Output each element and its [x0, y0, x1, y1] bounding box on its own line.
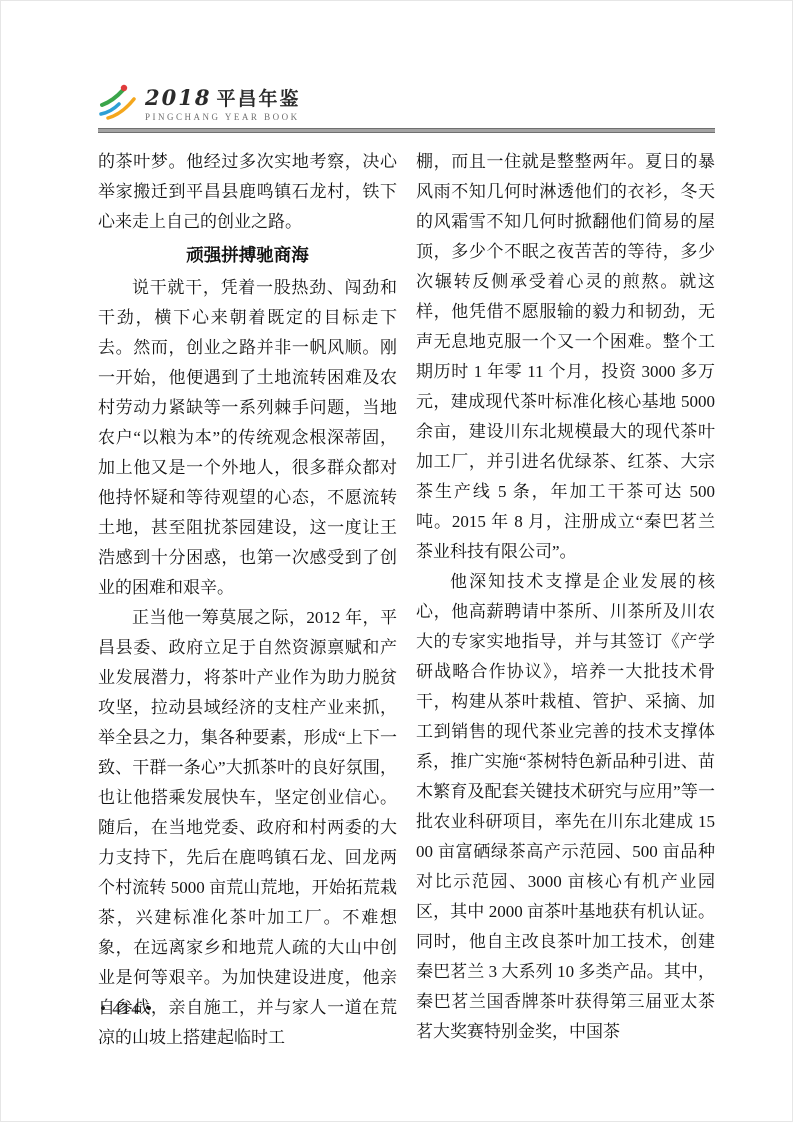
- article-body: 的茶叶梦。他经过多次实地考察，决心举家搬迁到平昌县鹿鸣镇石龙村，铁下心来走上自己…: [98, 147, 715, 1053]
- right-paragraph-continuation: 棚，而且一住就是整整两年。夏日的暴风雨不知几何时淋透他们的衣衫，冬天的风霜雪不知…: [416, 147, 715, 567]
- logo-subtitle: PINGCHANG YEAR BOOK: [145, 113, 300, 122]
- left-paragraph-2: 正当他一筹莫展之际，2012 年，平昌县委、政府立足于自然资源禀赋和产业发展潜力…: [98, 603, 397, 1053]
- logo-title-line: 2018 平昌年鉴: [145, 87, 300, 109]
- yearbook-logo-swoosh-icon: [98, 83, 138, 125]
- left-column: 的茶叶梦。他经过多次实地考察，决心举家搬迁到平昌县鹿鸣镇石龙村，铁下心来走上自己…: [98, 147, 397, 1053]
- page-number: • 414 •: [100, 997, 153, 1021]
- right-column: 棚，而且一住就是整整两年。夏日的暴风雨不知几何时淋透他们的衣衫，冬天的风霜雪不知…: [416, 147, 715, 1053]
- header-divider-rule: [98, 128, 715, 133]
- left-paragraph-continuation: 的茶叶梦。他经过多次实地考察，决心举家搬迁到平昌县鹿鸣镇石龙村，铁下心来走上自己…: [98, 147, 397, 237]
- logo-year: 2018: [145, 87, 211, 108]
- yearbook-page: 2018 平昌年鉴 PINGCHANG YEAR BOOK 的茶叶梦。他经过多次…: [0, 0, 793, 1122]
- logo-title: 平昌年鉴: [216, 90, 300, 109]
- page-header: 2018 平昌年鉴 PINGCHANG YEAR BOOK: [98, 83, 300, 125]
- left-paragraph-1: 说干就干，凭着一股热劲、闯劲和干劲，横下心来朝着既定的目标走下去。然而，创业之路…: [98, 273, 397, 603]
- yearbook-logo: 2018 平昌年鉴 PINGCHANG YEAR BOOK: [98, 83, 300, 125]
- section-heading: 顽强拼搏驰商海: [98, 240, 397, 270]
- right-paragraph-1: 他深知技术支撑是企业发展的核心，他高薪聘请中茶所、川茶所及川农大的专家实地指导，…: [416, 567, 715, 1047]
- logo-text-block: 2018 平昌年鉴 PINGCHANG YEAR BOOK: [145, 87, 300, 122]
